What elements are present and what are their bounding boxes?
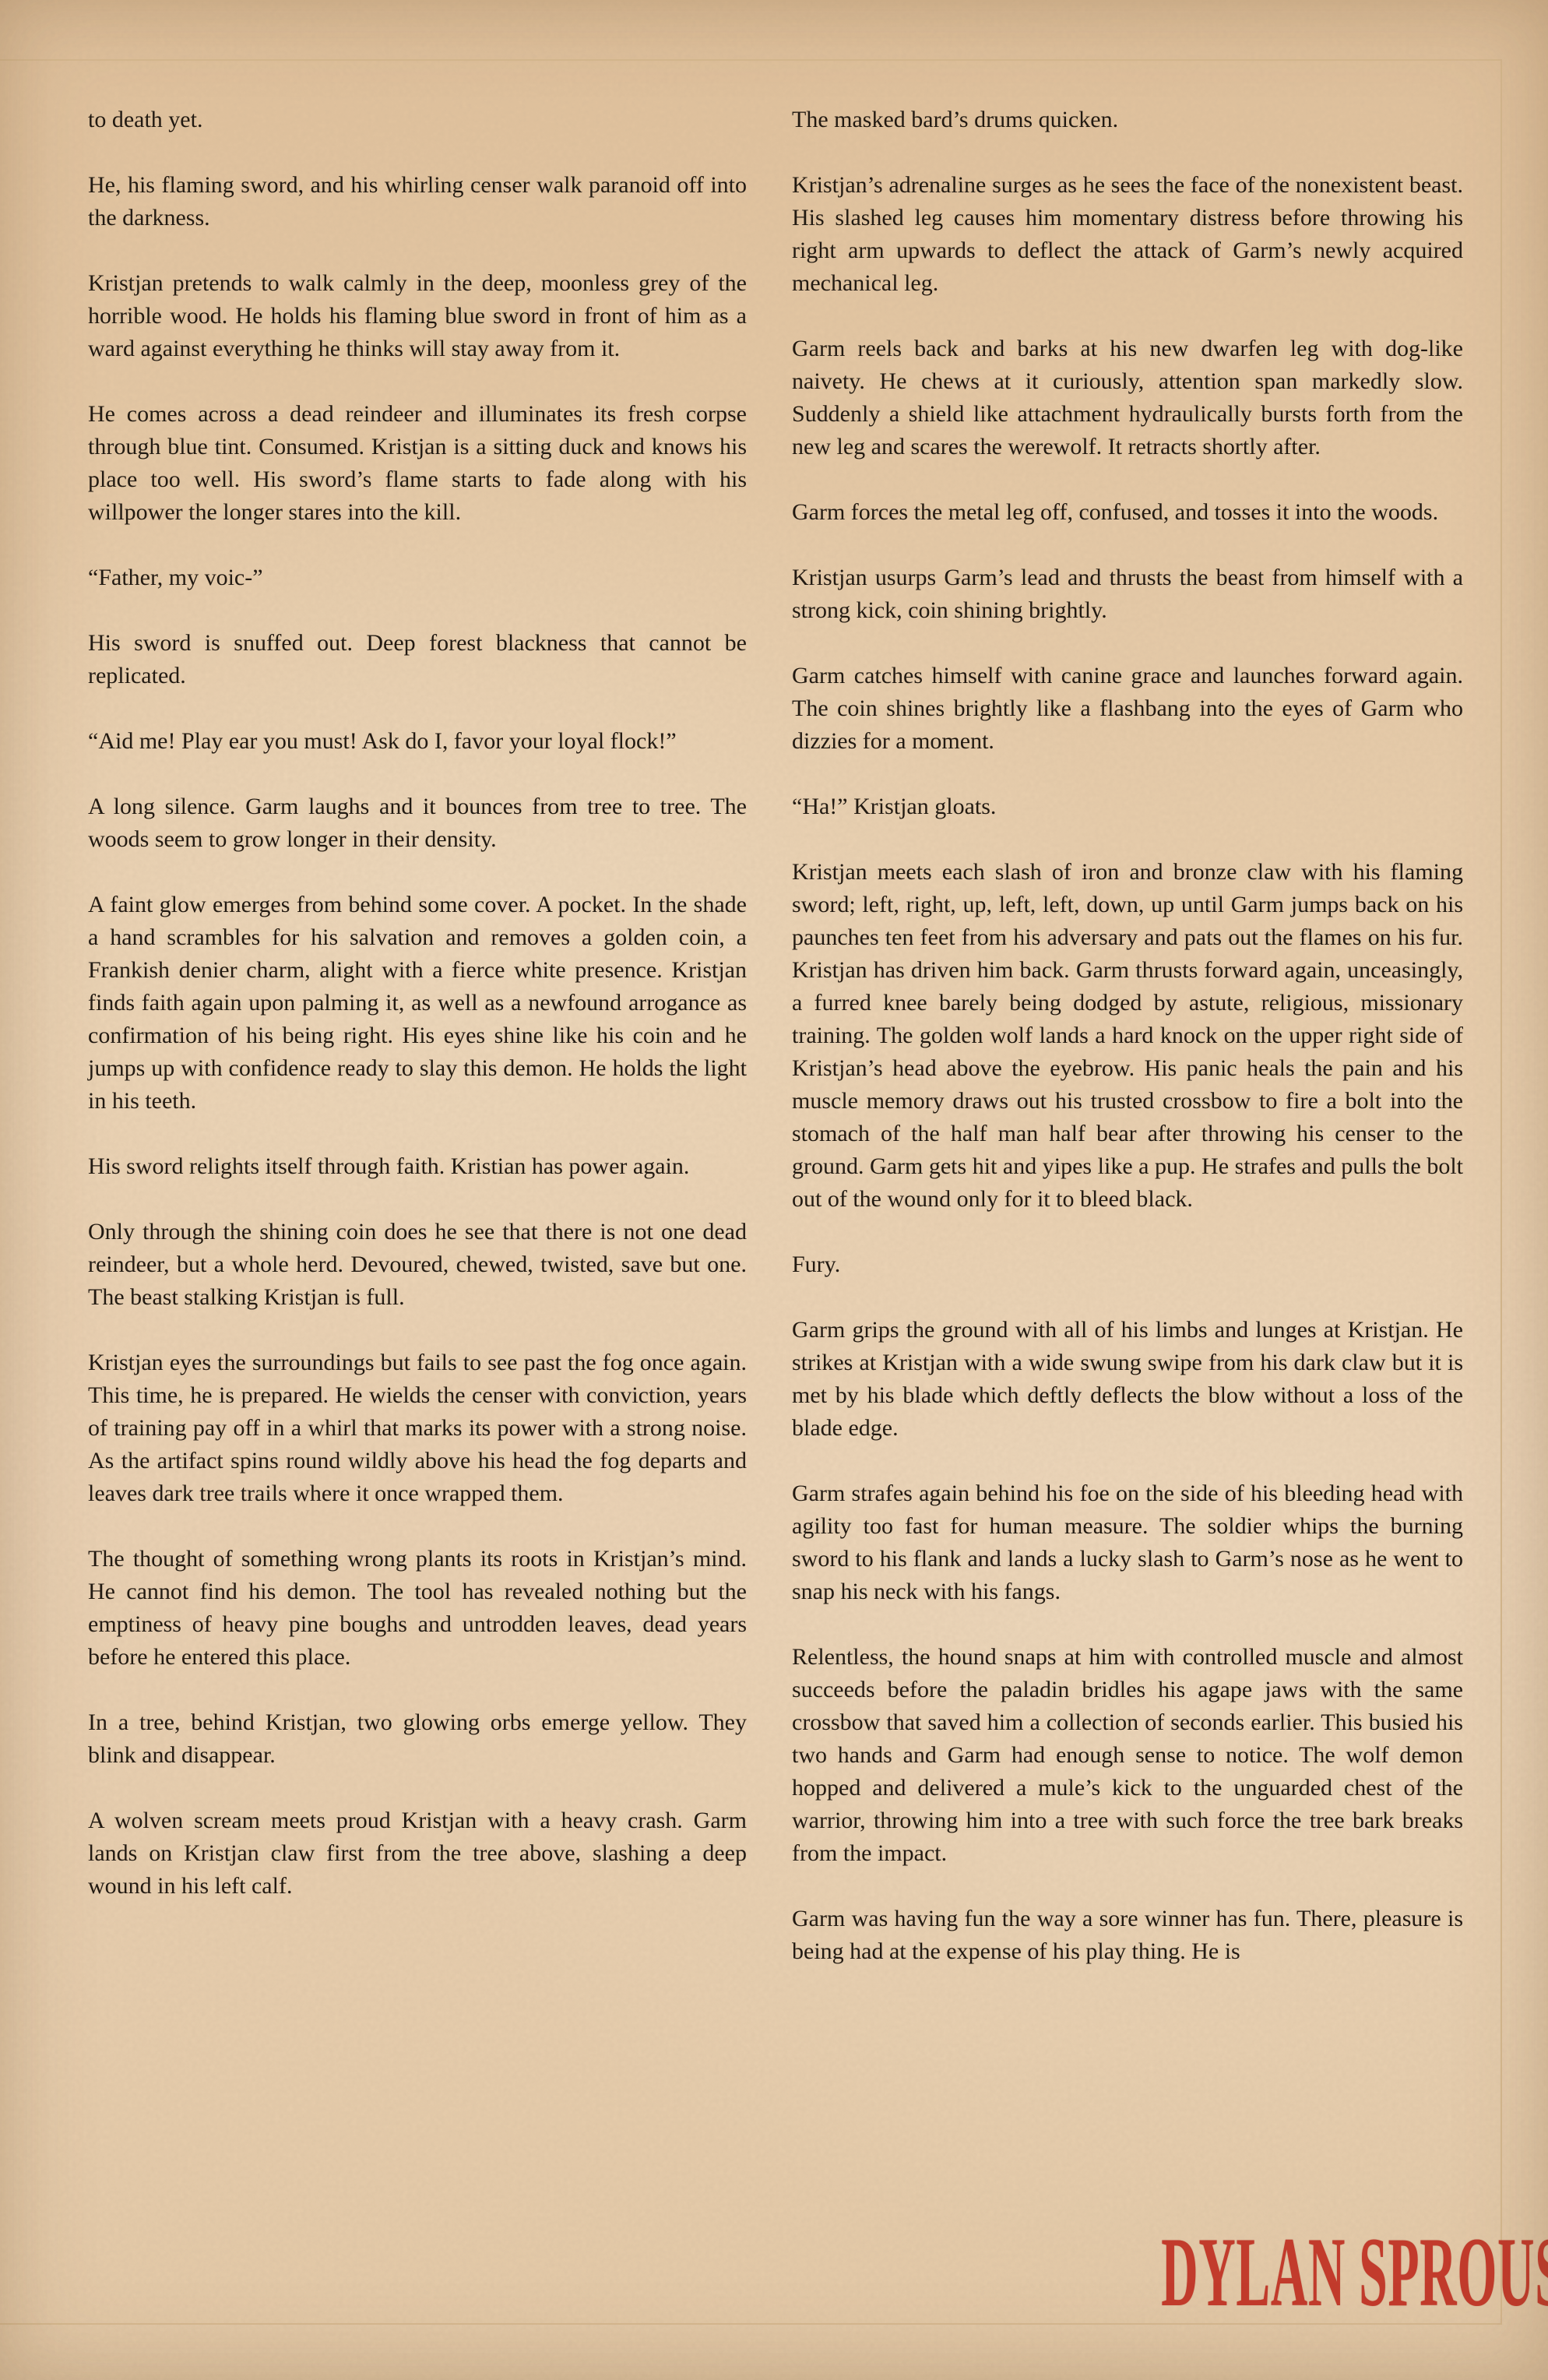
paragraph: Garm was having fun the way a sore winne…: [792, 1903, 1463, 1968]
paragraph: The thought of something wrong plants it…: [88, 1543, 747, 1674]
book-page: to death yet.He, his flaming sword, and …: [0, 0, 1548, 2380]
left-text-column: to death yet.He, his flaming sword, and …: [88, 104, 747, 1935]
paragraph: Garm reels back and barks at his new dwa…: [792, 333, 1463, 463]
paragraph: “Ha!” Kristjan gloats.: [792, 790, 1463, 823]
paragraph: Garm forces the metal leg off, confused,…: [792, 496, 1463, 529]
paragraph: He comes across a dead reindeer and illu…: [88, 398, 747, 529]
paragraph: A faint glow emerges from behind some co…: [88, 889, 747, 1118]
paragraph: Garm catches himself with canine grace a…: [792, 660, 1463, 758]
paragraph: The masked bard’s drums quicken.: [792, 104, 1463, 136]
paragraph: Relentless, the hound snaps at him with …: [792, 1641, 1463, 1870]
paragraph: He, his flaming sword, and his whirling …: [88, 169, 747, 234]
paragraph: His sword relights itself through faith.…: [88, 1150, 747, 1183]
right-text-column: The masked bard’s drums quicken.Kristjan…: [792, 104, 1463, 2001]
paragraph: Kristjan eyes the surroundings but fails…: [88, 1347, 747, 1510]
paragraph: Kristjan pretends to walk calmly in the …: [88, 267, 747, 365]
paragraph: to death yet.: [88, 104, 747, 136]
paragraph: Kristjan’s adrenaline surges as he sees …: [792, 169, 1463, 300]
paragraph: “Aid me! Play ear you must! Ask do I, fa…: [88, 725, 747, 758]
paragraph: “Father, my voic-”: [88, 562, 747, 594]
paragraph: Only through the shining coin does he se…: [88, 1216, 747, 1314]
paragraph: Garm strafes again behind his foe on the…: [792, 1477, 1463, 1608]
paragraph: A long silence. Garm laughs and it bounc…: [88, 790, 747, 856]
paragraph: Fury.: [792, 1248, 1463, 1281]
paragraph: His sword is snuffed out. Deep forest bl…: [88, 627, 747, 692]
paragraph: Kristjan usurps Garm’s lead and thrusts …: [792, 562, 1463, 627]
paragraph: In a tree, behind Kristjan, two glowing …: [88, 1706, 747, 1772]
paragraph: Garm grips the ground with all of his li…: [792, 1314, 1463, 1445]
author-logo: DYLAN SPROUSE: [1161, 2216, 1455, 2330]
paragraph: A wolven scream meets proud Kristjan wit…: [88, 1804, 747, 1903]
paragraph: Kristjan meets each slash of iron and br…: [792, 856, 1463, 1216]
